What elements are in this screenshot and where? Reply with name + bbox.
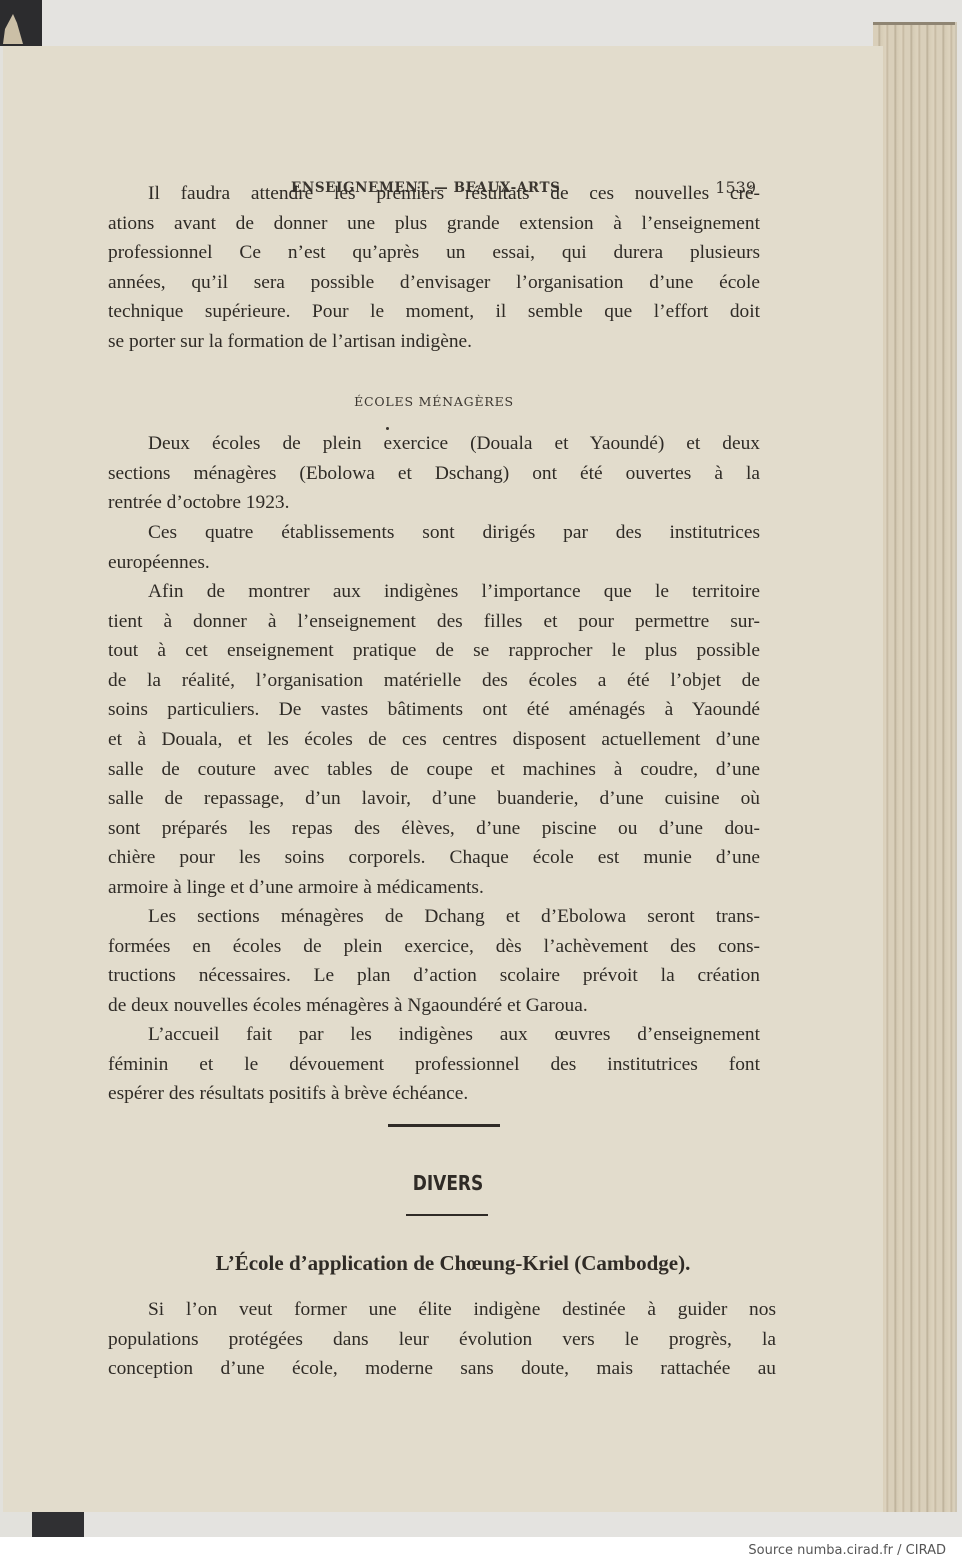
text-line: Les sections ménagères de Dchang et d’Eb…	[108, 902, 760, 932]
text-line: espérer des résultats positifs à brève é…	[108, 1079, 760, 1109]
text-line: de deux nouvelles écoles ménagères à Nga…	[108, 991, 760, 1021]
text-line: de la réalité, l’organisation matérielle…	[108, 666, 760, 696]
text-line: Deux écoles de plein exercice (Douala et…	[108, 429, 760, 459]
paragraph: Ces quatre établissements sont dirigés p…	[108, 518, 760, 577]
paragraph: L’accueil fait par les indigènes aux œuv…	[108, 1020, 760, 1109]
text-line: L’accueil fait par les indigènes aux œuv…	[108, 1020, 760, 1050]
text-line: Afin de montrer aux indigènes l’importan…	[108, 577, 760, 607]
source-credit: Source numba.cirad.fr / CIRAD	[748, 1543, 946, 1558]
article-title: L’École d’application de Chœung-Kriel (C…	[108, 1251, 798, 1276]
paragraph: Deux écoles de plein exercice (Douala et…	[108, 429, 760, 518]
text-line: rentrée d’octobre 1923.	[108, 488, 760, 518]
paragraph: Si l’on veut former une élite indigène d…	[108, 1295, 776, 1384]
text-line: européennes.	[108, 548, 760, 578]
paragraph-intro: Il faudra attendre les premiers résultat…	[108, 179, 760, 357]
text-line: soins particuliers. De vastes bâtiments …	[108, 695, 760, 725]
text-line: Ces quatre établissements sont dirigés p…	[108, 518, 760, 548]
book-page: ENSEIGNEMENT — BEAUX-ARTS 1539 Il faudra…	[3, 46, 883, 1512]
text-line: années, qu’il sera possible d’envisager …	[108, 268, 760, 298]
section-heading-ecoles-menageres: ÉCOLES MÉNAGÈRES	[108, 394, 760, 409]
text-line: salle de repassage, d’un lavoir, d’une b…	[108, 784, 760, 814]
text-line: chière pour les soins corporels. Chaque …	[108, 843, 760, 873]
text-line: ations avant de donner une plus grande e…	[108, 209, 760, 239]
paragraph: Les sections ménagères de Dchang et d’Eb…	[108, 902, 760, 1020]
text-line: féminin et le dévouement professionnel d…	[108, 1050, 760, 1080]
text-line: Il faudra attendre les premiers résultat…	[108, 179, 760, 209]
text-line: tructions nécessaires. Le plan d’action …	[108, 961, 760, 991]
paragraph: Afin de montrer aux indigènes l’importan…	[108, 577, 760, 903]
text-line: professionnel Ce n’est qu’après un essai…	[108, 238, 760, 268]
text-line: Si l’on veut former une élite indigène d…	[108, 1295, 776, 1325]
text-line: tient à donner à l’enseignement des fill…	[108, 607, 760, 637]
text-line: technique supérieure. Pour le moment, il…	[108, 297, 760, 327]
text-line: populations protégées dans leur évolutio…	[108, 1325, 776, 1355]
heading-underline	[406, 1214, 488, 1216]
text-line: sections ménagères (Ebolowa et Dschang) …	[108, 459, 760, 489]
text-line: et à Douala, et les écoles de ces centre…	[108, 725, 760, 755]
text-line: salle de couture avec tables de coupe et…	[108, 755, 760, 785]
section-divider	[388, 1124, 500, 1127]
text-line: se porter sur la formation de l’artisan …	[108, 327, 760, 357]
scanner-corner-top	[0, 0, 42, 46]
scanner-corner-bottom	[32, 1512, 84, 1537]
text-line: armoire à linge et d’une armoire à médic…	[108, 873, 760, 903]
text-line: conception d’une école, moderne sans dou…	[108, 1354, 776, 1384]
text-line: tout à cet enseignement pratique de se r…	[108, 636, 760, 666]
text-line: formées en écoles de plein exercice, dès…	[108, 932, 760, 962]
text-line: sont préparés les repas des élèves, d’un…	[108, 814, 760, 844]
book-page-edges	[873, 22, 957, 1512]
section-heading-divers: DIVERS	[159, 1171, 737, 1195]
